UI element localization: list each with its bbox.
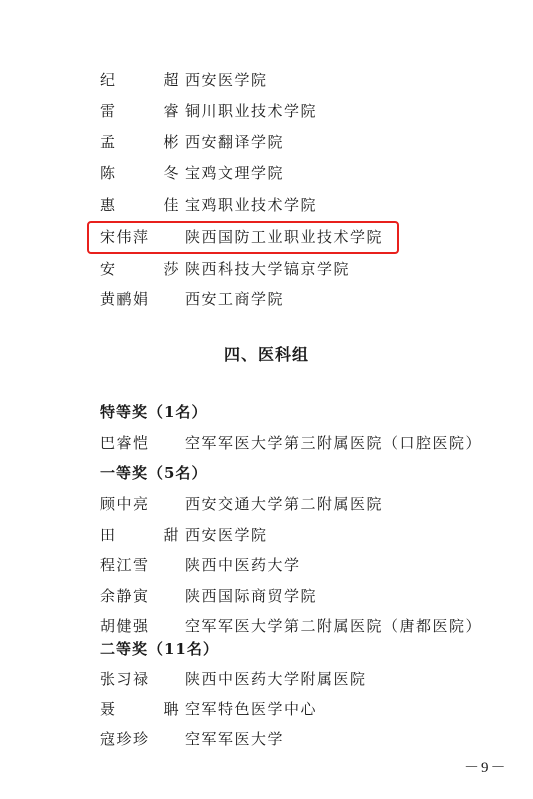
name-char: 纪 [100,68,117,92]
organization: 西安工商学院 [185,287,284,311]
name-char: 聂 [100,697,117,721]
organization: 宝鸡职业技术学院 [185,193,317,217]
person-name: 张习禄 [100,667,164,691]
organization: 陕西国际商贸学院 [185,584,317,608]
name-char: 冬 [163,161,180,185]
organization: 空军军医大学 [185,727,284,751]
name-char: 惠 [100,193,117,217]
name-char: 莎 [163,257,180,281]
organization: 西安翻译学院 [185,130,284,154]
organization: 空军军医大学第二附属医院（唐都医院） [185,614,482,638]
person-name: 黄鹂娟 [100,287,164,311]
person-name: 纪超 [100,68,180,92]
name-char: 孟 [100,130,117,154]
section-title: 四、医科组 [0,342,533,365]
person-name: 余静寅 [100,584,164,608]
name-char: 彬 [163,130,180,154]
award-category-heading: 二等奖（11名） [100,637,219,661]
organization: 空军军医大学第三附属医院（口腔医院） [185,431,482,455]
name-char: 佳 [163,193,180,217]
person-name: 安莎 [100,257,180,281]
name-char: 安 [100,257,117,281]
person-name: 胡健强 [100,614,164,638]
name-char: 雷 [100,99,117,123]
name-char: 陈 [100,161,117,185]
person-name: 顾中亮 [100,492,164,516]
name-char: 超 [163,68,180,92]
page-number: －9－ [464,756,508,777]
name-char: 聃 [163,697,180,721]
organization: 西安医学院 [185,523,268,547]
name-char: 睿 [163,99,180,123]
organization: 陕西中医药大学 [185,553,301,577]
organization: 空军特色医学中心 [185,697,317,721]
person-name: 惠佳 [100,193,180,217]
person-name: 孟彬 [100,130,180,154]
person-name: 田甜 [100,523,180,547]
award-category-heading: 特等奖（1名） [100,400,207,424]
person-name: 巴睿恺 [100,431,164,455]
document-page: 纪超 西安医学院 雷睿 铜川职业技术学院 孟彬 西安翻译学院 陈冬 宝鸡文理学院… [0,0,533,799]
person-name: 宋伟萍 [100,225,164,249]
organization: 西安医学院 [185,68,268,92]
person-name: 寇珍珍 [100,727,164,751]
person-name: 聂聃 [100,697,180,721]
name-char: 田 [100,523,117,547]
organization: 铜川职业技术学院 [185,99,317,123]
organization: 陕西国防工业职业技术学院 [185,225,383,249]
organization: 陕西中医药大学附属医院 [185,667,367,691]
organization: 宝鸡文理学院 [185,161,284,185]
organization: 陕西科技大学镐京学院 [185,257,350,281]
person-name: 陈冬 [100,161,180,185]
person-name: 程江雪 [100,553,164,577]
person-name: 雷睿 [100,99,180,123]
organization: 西安交通大学第二附属医院 [185,492,383,516]
name-char: 甜 [163,523,180,547]
award-category-heading: 一等奖（5名） [100,461,207,485]
